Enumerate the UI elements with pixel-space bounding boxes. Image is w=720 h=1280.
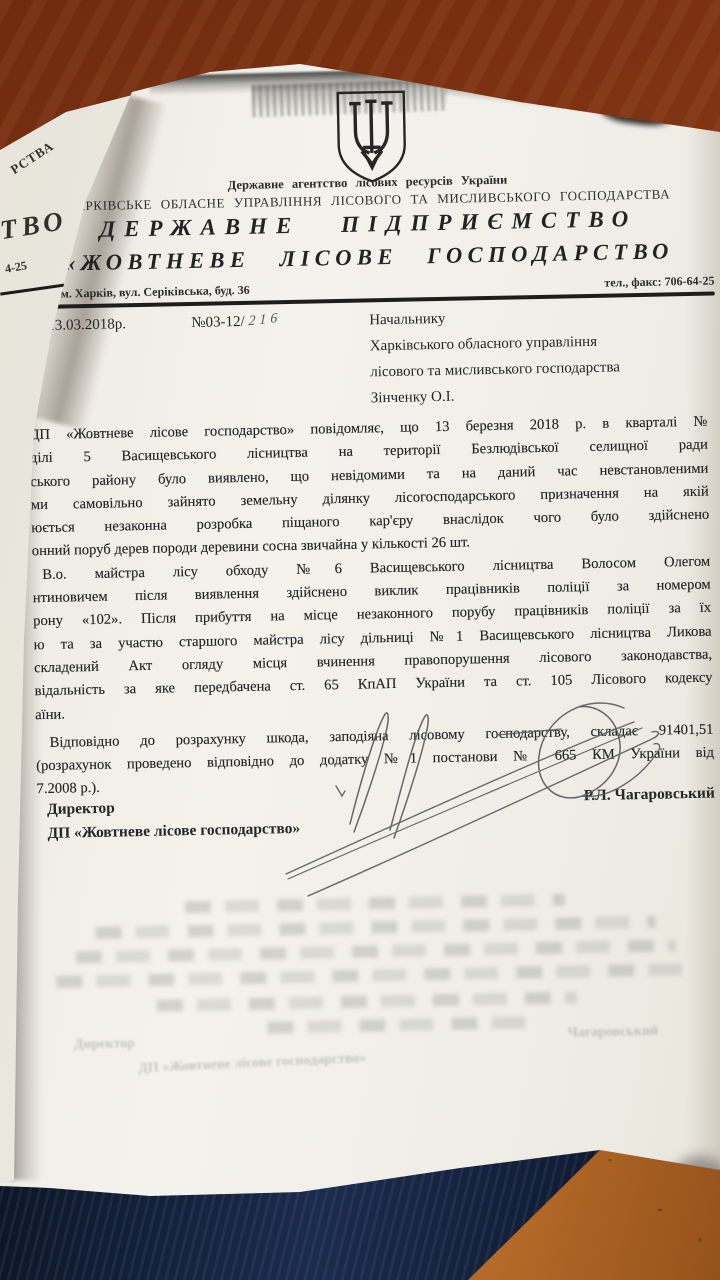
letter-content: Державне агентство лісових ресурсів Укра…: [18, 48, 720, 1142]
under-page-fragment: РСТВА: [8, 138, 57, 178]
showthrough-smudge: [95, 916, 655, 939]
showthrough-name: Чагаровський: [567, 1024, 658, 1042]
phone-fax: тел., факс: 706-64-25: [604, 273, 714, 290]
document-date: 13.03.2018р.: [47, 316, 126, 335]
under-page-fragment: ТВО: [0, 205, 70, 246]
showthrough-role: Директор: [74, 1036, 136, 1053]
under-page-rule: [0, 283, 66, 295]
document-number-printed: №03-12/: [191, 314, 245, 331]
under-page-fragment: 4-25: [4, 258, 28, 277]
photo-of-document: РСТВА ТВО 4-25: [0, 0, 720, 1280]
ukraine-trident-emblem: [331, 89, 413, 187]
showthrough-organization: ДП «Жовтневе лісове господарство»: [138, 1051, 367, 1078]
addressee-line: лісового та мисливського господарства: [370, 354, 620, 385]
letter-page: Державне агентство лісових ресурсів Укра…: [0, 0, 720, 1280]
document-number-handwritten: 216: [248, 311, 281, 331]
showthrough-smudge: [76, 939, 676, 963]
showthrough-smudge: [56, 963, 696, 988]
enterprise-title-line2: «ЖОВТНЕВЕ ЛІСОВЕ ГОСПОДАРСТВО: [22, 237, 716, 277]
signature-scrawl: [258, 672, 678, 912]
addressee-line: Зінченку О.І.: [371, 380, 621, 411]
document-number: №03-12/ 216: [191, 313, 282, 332]
showthrough-smudge: [157, 991, 577, 1011]
showthrough-smudge: [267, 1016, 527, 1033]
addressee-block: Начальнику Харківського обласного управл…: [369, 302, 621, 411]
